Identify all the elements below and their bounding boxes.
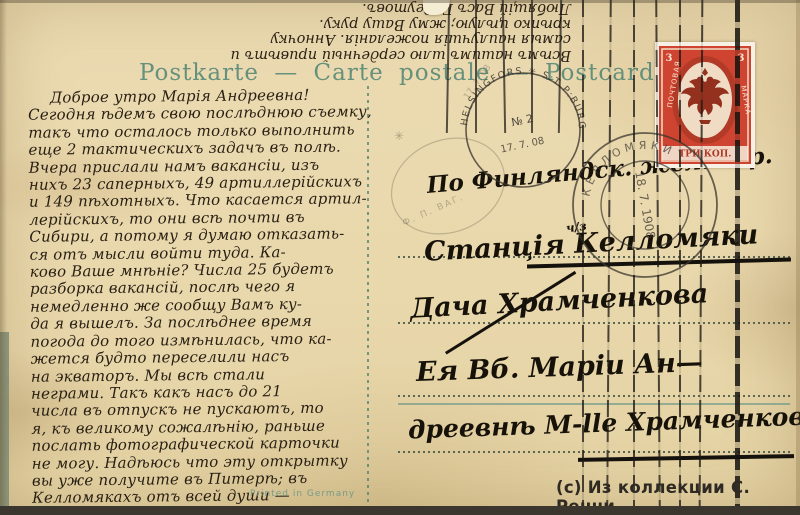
- message-body: Доброе утро Марія Андреевна! Сегодня ѣде…: [28, 86, 374, 507]
- stamp-value-tl: 3: [666, 53, 673, 64]
- printed-header: Postkarte — Carte postale — Postcard: [139, 60, 655, 86]
- stamp-denomination-text: ТРИ КОП.: [679, 150, 732, 160]
- scan-edge-top: [0, 0, 800, 3]
- postage-stamp: ПОЧТОВАЯ МАРКА ТРИ КОП. 3 3: [655, 42, 755, 168]
- inverted-note-line: самыя наилучшія пожеланія. Анночку: [6, 31, 571, 47]
- inverted-note-line: Всѣмъ нашимъ шлю сердечный привѣтъ и: [6, 47, 571, 63]
- scan-edge-right: [796, 0, 800, 515]
- address-ruling-dotted: [398, 451, 790, 453]
- cancel-bar: [531, 0, 533, 133]
- postcard-scan: Postkarte — Carte postale — Postcard Всѣ…: [0, 0, 800, 515]
- cancel-bar: [582, 0, 584, 507]
- inverted-note-line: крѣпко цѣлую; жму Вашу руку.: [6, 16, 571, 32]
- inverted-note: Всѣмъ нашимъ шлю сердечный привѣтъ и сам…: [6, 0, 571, 62]
- cancel-bar: [633, 0, 635, 507]
- cancel-bar: [735, 0, 740, 507]
- cancel-bar: [475, 0, 477, 133]
- scan-edge-left: [0, 0, 7, 515]
- cancel-bar: [679, 0, 681, 507]
- scan-edge-bottom: [0, 506, 800, 515]
- printer-imprint: Printed in Germany: [250, 489, 355, 499]
- address-ruling-dotted: [398, 395, 790, 397]
